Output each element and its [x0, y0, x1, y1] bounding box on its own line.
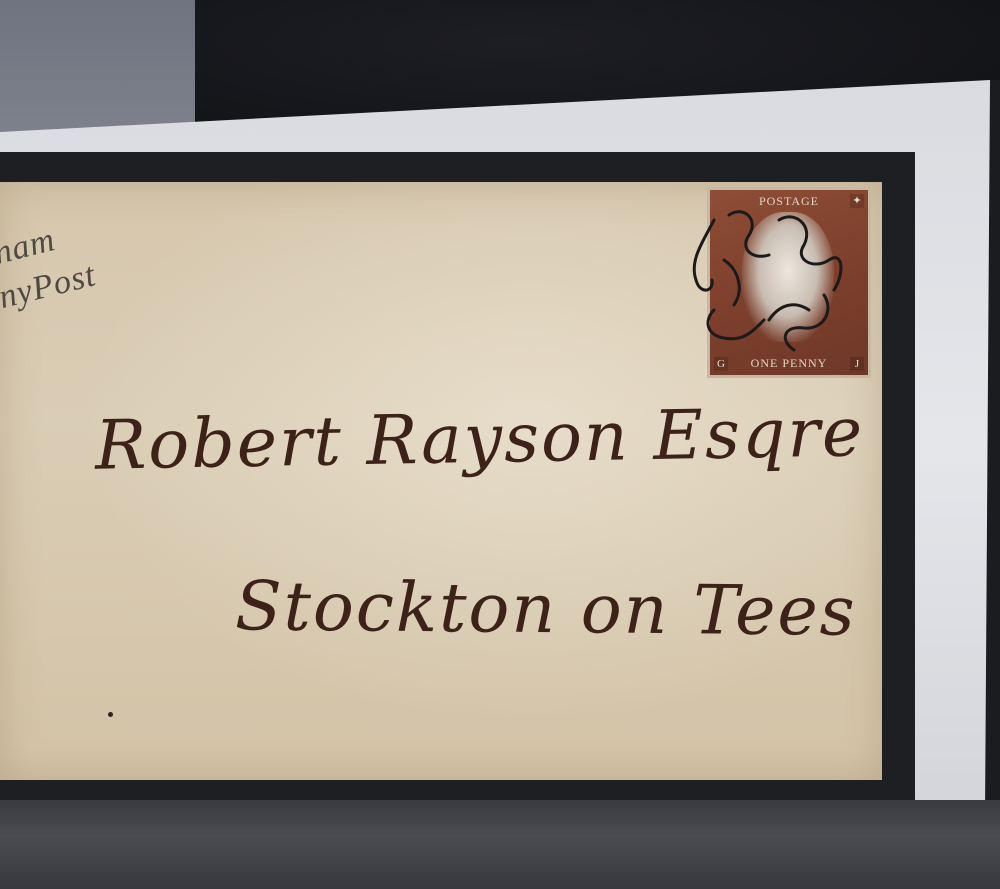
- ink-dot: [108, 712, 113, 717]
- address-recipient: Robert Rayson Esqre: [94, 393, 864, 485]
- background-wall: [0, 0, 195, 140]
- maltese-cross-icon: [684, 200, 854, 360]
- photo-scene: ham nyPost POSTAGE ONE PENNY ✦ G J Rober…: [0, 0, 1000, 889]
- table-surface: [0, 800, 1000, 889]
- address-town: Stockton on Tees: [235, 567, 857, 651]
